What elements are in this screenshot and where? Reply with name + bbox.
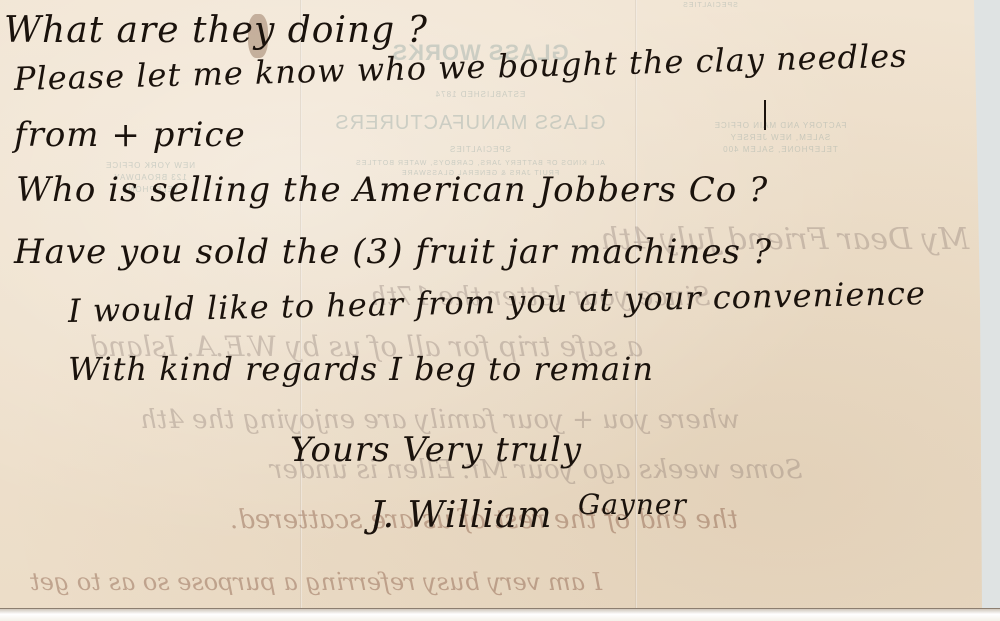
signature-last-name: Gayner (578, 488, 687, 521)
letterhead-top-text: SPECIALTIES (560, 2, 860, 9)
letter-line: from + price (14, 115, 246, 155)
letter-paper: SPECIALTIES GLASS WORKS ESTABLISHED 1874… (0, 0, 982, 612)
letter-line: Have you sold the (3) fruit jar machines… (14, 232, 772, 272)
signature-first-name: J. William (370, 495, 553, 536)
letter-line: With kind regards I beg to remain (68, 350, 654, 388)
ink-stroke-mark (764, 100, 766, 130)
letter-line: I would like to hear from you at your co… (68, 274, 927, 330)
letter-line: Who is selling the American Jobbers Co ? (16, 170, 768, 210)
letterhead-factory-office: FACTORY AND MAIN OFFICESALEM, NEW JERSEY… (700, 120, 860, 156)
letter-line: What are they doing ? (4, 10, 428, 51)
letterhead-established: ESTABLISHED 1874 (360, 90, 600, 99)
bleed-through-line: I am very busy referring a purpose so as… (30, 568, 602, 596)
paper-bottom-edge (0, 608, 1000, 621)
letterhead-products-line: ALL KINDS OF BATTERY JARS, CARBOYS, WATE… (290, 160, 670, 167)
scanned-letter: SPECIALTIES GLASS WORKS ESTABLISHED 1874… (0, 0, 1000, 621)
letterhead-specialties: SPECIALTIES (380, 145, 580, 154)
letterhead-title: GLASS MANUFACTURERS (300, 112, 640, 135)
letter-closing: Yours Very truly (290, 430, 582, 470)
